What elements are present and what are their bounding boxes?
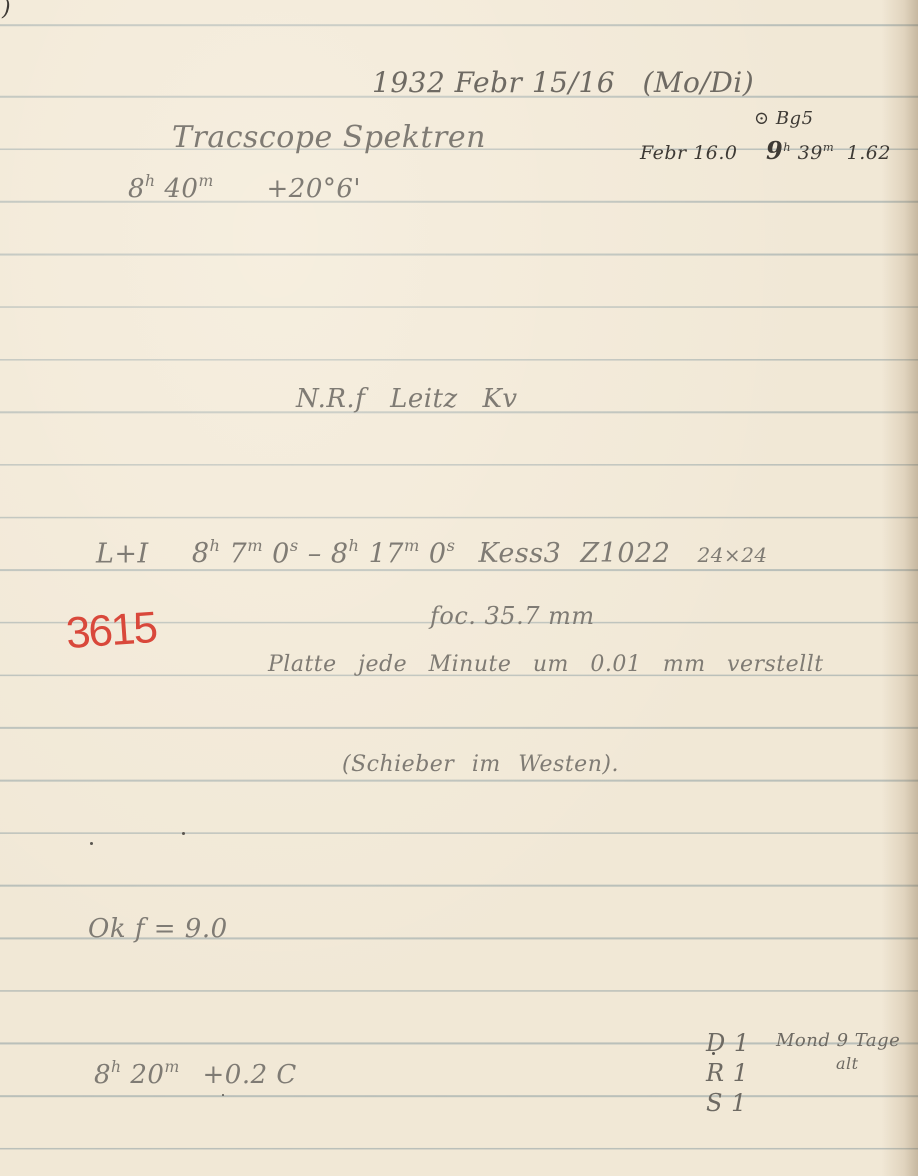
- coordinates: 8h 40m +20°6': [128, 172, 361, 204]
- condition-value: 1: [734, 1029, 750, 1057]
- paper-speck: [222, 1094, 224, 1096]
- ephemeris-row: Febr 16.0 9h 39m 1.62: [640, 136, 891, 165]
- condition-value: 1: [733, 1059, 749, 1087]
- temp-hours-unit: h: [111, 1058, 122, 1076]
- plate-id: Z1022: [580, 538, 670, 569]
- condition-value: 1: [731, 1089, 747, 1117]
- paper-speck: [712, 1052, 715, 1055]
- ra-minutes: 40: [164, 174, 198, 204]
- observer-line: N.R.f Leitz Kv: [296, 384, 518, 414]
- header-date: 1932 Febr 15/16 (Mo/Di): [372, 66, 754, 99]
- end-seconds: 0: [429, 538, 447, 569]
- condition-symbol: R: [706, 1059, 725, 1087]
- end-seconds-unit: s: [447, 536, 456, 555]
- ephemeris-code: Bg5: [776, 108, 814, 129]
- ra-hours: 8: [128, 174, 145, 204]
- ephemeris-value: 1.62: [847, 142, 891, 164]
- paper-speck: [182, 832, 185, 835]
- range-separator: –: [308, 538, 322, 569]
- ra-minutes-unit: m: [198, 172, 213, 190]
- condition-row: R 1: [706, 1058, 750, 1088]
- end-hours-unit: h: [349, 536, 360, 555]
- ephemeris-minutes-unit: m: [823, 140, 834, 154]
- date-text: 1932 Febr 15/16: [372, 66, 615, 99]
- ephemeris-hours-unit: h: [783, 140, 791, 154]
- moon-note: Mond 9 Tage: [776, 1030, 900, 1051]
- camera: Kess3: [478, 538, 561, 569]
- sun-symbol-icon: ⊙: [754, 108, 770, 129]
- temp-hours: 8: [94, 1060, 111, 1090]
- object-label: L+I: [96, 538, 149, 569]
- condition-symbol: D: [706, 1029, 726, 1057]
- declination: +20°6': [267, 174, 362, 204]
- temperature-line: 8h 20m +0.2 C: [94, 1058, 297, 1090]
- start-seconds-unit: s: [290, 536, 299, 555]
- condition-symbol: S: [706, 1089, 723, 1117]
- moon-note-2: alt: [836, 1054, 859, 1073]
- ephemeris-label: ⊙ Bg5: [754, 108, 814, 129]
- start-hours-unit: h: [210, 536, 221, 555]
- ephemeris-minutes: 39: [798, 142, 823, 164]
- temp-minutes: 20: [130, 1060, 164, 1090]
- note-slider: (Schieber im Westen).: [342, 752, 619, 777]
- conditions: D 1 R 1 S 1: [706, 1028, 750, 1118]
- end-hours: 8: [331, 538, 349, 569]
- start-minutes-unit: m: [247, 536, 263, 555]
- condition-row: S 1: [706, 1088, 750, 1118]
- end-minutes-unit: m: [404, 536, 420, 555]
- end-minutes: 17: [369, 538, 404, 569]
- ephemeris-epoch: Febr 16.0: [640, 142, 737, 164]
- temp-minutes-unit: m: [164, 1058, 179, 1076]
- ok-focus: Ok f = 9.0: [88, 914, 228, 944]
- title: Tracscope Spektren: [172, 120, 486, 155]
- start-minutes: 7: [230, 538, 248, 569]
- weekday-text: (Mo/Di): [642, 66, 754, 99]
- ephemeris-hours: 9: [766, 136, 783, 165]
- exposure-line: L+I 8h 7m 0s – 8h 17m 0s Kess3 Z1022 24×…: [96, 536, 768, 569]
- paper-speck: [90, 842, 93, 845]
- notebook-page: ) 1932 Febr 15/16 (Mo/Di) Tracscope Spek…: [0, 0, 918, 1176]
- temp-value: +0.2 C: [203, 1060, 297, 1090]
- plate-size: 24×24: [697, 543, 767, 567]
- start-seconds: 0: [272, 538, 290, 569]
- plate-number: 3615: [64, 603, 157, 659]
- focus: foc. 35.7 mm: [430, 602, 595, 630]
- ra-hours-unit: h: [145, 172, 156, 190]
- corner-mark: ): [2, 0, 11, 21]
- note-plate-shift: Platte jede Minute um 0.01 mm verstellt: [268, 652, 824, 677]
- start-hours: 8: [192, 538, 210, 569]
